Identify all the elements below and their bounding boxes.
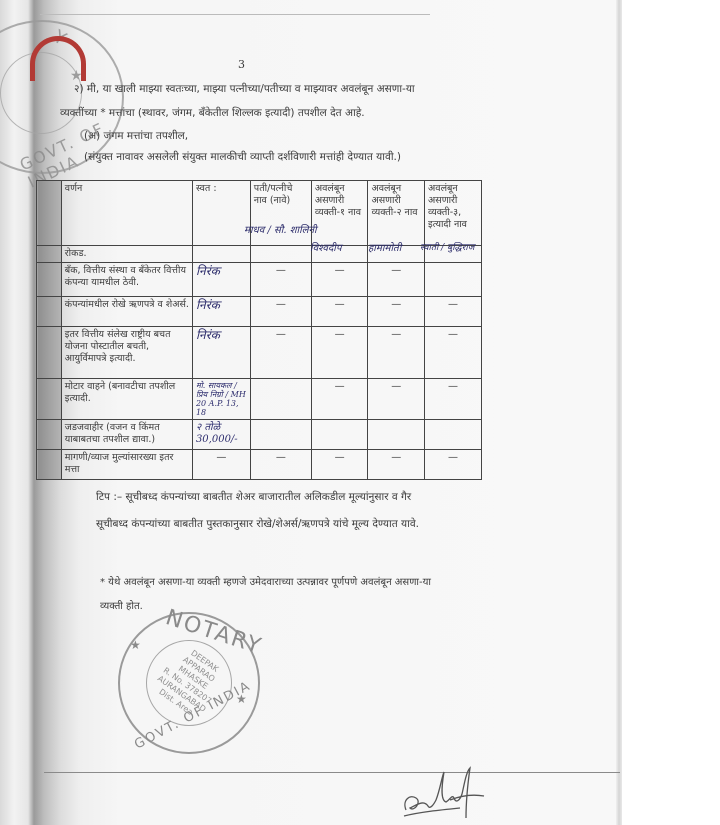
page-edge	[616, 0, 622, 825]
top-rule	[40, 14, 430, 15]
row-description: मोटार वाहने (बनावटीचा तपशील इत्यादी.	[61, 379, 192, 420]
notary-stamp-bottom: NOTARY GOVT. OF INDIA ★ ★ DEEPAK APPARAO…	[118, 612, 260, 754]
header-dependent-1: अवलंबून असणारी व्यक्ती-१ नाव	[311, 181, 368, 246]
footnote-line-2: व्यक्ती होत.	[100, 600, 143, 614]
handwritten-spouse-name: माधव / सौ. शालिनी	[244, 222, 317, 236]
header-self: स्वत :	[192, 181, 250, 246]
header-dependent-3: अवलंबून असणारी व्यक्ती-३, इत्यादी नाव	[425, 181, 482, 246]
signature	[400, 760, 500, 820]
row-description: जडजवाहीर (वजन व किंमत याबाबतचा तपशील द्य…	[61, 420, 192, 450]
section-label: (अ) जंगम मत्तांचा तपशील,	[84, 129, 188, 143]
row-self-value: २ तोळे 30,000/-	[192, 420, 250, 450]
row-description: रोकड.	[61, 246, 192, 263]
footnote-line-1: * येथे अवलंबून असणा-या व्यक्ती म्हणजे उम…	[100, 576, 431, 590]
table-row: कंपन्यांमधील रोखे ऋणपत्रे व शेअर्स. निरं…	[37, 297, 482, 327]
page-number: 3	[238, 58, 245, 71]
handwritten-dependent-2-name: हामामोती	[368, 240, 401, 254]
table-row: जडजवाहीर (वजन व किंमत याबाबतचा तपशील द्य…	[37, 420, 482, 450]
intro-line-1: २) मी, या खाली माझ्या स्वतःच्या, माझ्या …	[74, 82, 415, 96]
row-self-value: निरंक	[192, 263, 250, 297]
bottom-rule	[44, 772, 620, 773]
joint-ownership-note: (संयुक्त नावावर असलेली संयुक्त मालकीची व…	[84, 150, 401, 164]
row-self-value: निरंक	[192, 327, 250, 379]
table-row: बँक, वित्तीय संस्था व बँकेतर वित्तीय कंप…	[37, 263, 482, 297]
table-row: मोटार वाहने (बनावटीचा तपशील इत्यादी. मो.…	[37, 379, 482, 420]
row-description: बँक, वित्तीय संस्था व बँकेतर वित्तीय कंप…	[61, 263, 192, 297]
header-description: वर्णन	[61, 181, 192, 246]
table-row: मागणी/व्याज मुल्यांसारख्या इतर मत्ता — —…	[37, 450, 482, 480]
header-serial	[37, 181, 62, 246]
handwritten-dependent-3-name: स्वाती / बुद्धिराज	[420, 240, 474, 253]
table-row: रोकड.	[37, 246, 482, 263]
row-description: मागणी/व्याज मुल्यांसारख्या इतर मत्ता	[61, 450, 192, 480]
intro-line-2: व्यक्तींच्या * मत्तांचा (स्थावर, जंगम, ब…	[60, 106, 365, 120]
handwritten-dependent-1-name: विश्वदीप	[310, 240, 342, 254]
table-row: इतर वित्तीय संलेख राष्ट्रीय बचत योजना पो…	[37, 327, 482, 379]
row-description: कंपन्यांमधील रोखे ऋणपत्रे व शेअर्स.	[61, 297, 192, 327]
header-dependent-2: अवलंबून असणारी व्यक्ती-२ नाव	[368, 181, 425, 246]
tip-line-1: टिप :– सूचीबध्द कंपन्यांच्या बाबतीत शेअर…	[96, 490, 411, 504]
row-self-value: मो. सायकल / प्रिय निग्रो / MH 20 A.P. 13…	[192, 379, 250, 420]
row-description: इतर वित्तीय संलेख राष्ट्रीय बचत योजना पो…	[61, 327, 192, 379]
row-self-value: निरंक	[192, 297, 250, 327]
tip-line-2: सूचीबध्द कंपन्यांच्या बाबतीत पुस्तकानुसा…	[96, 517, 419, 531]
